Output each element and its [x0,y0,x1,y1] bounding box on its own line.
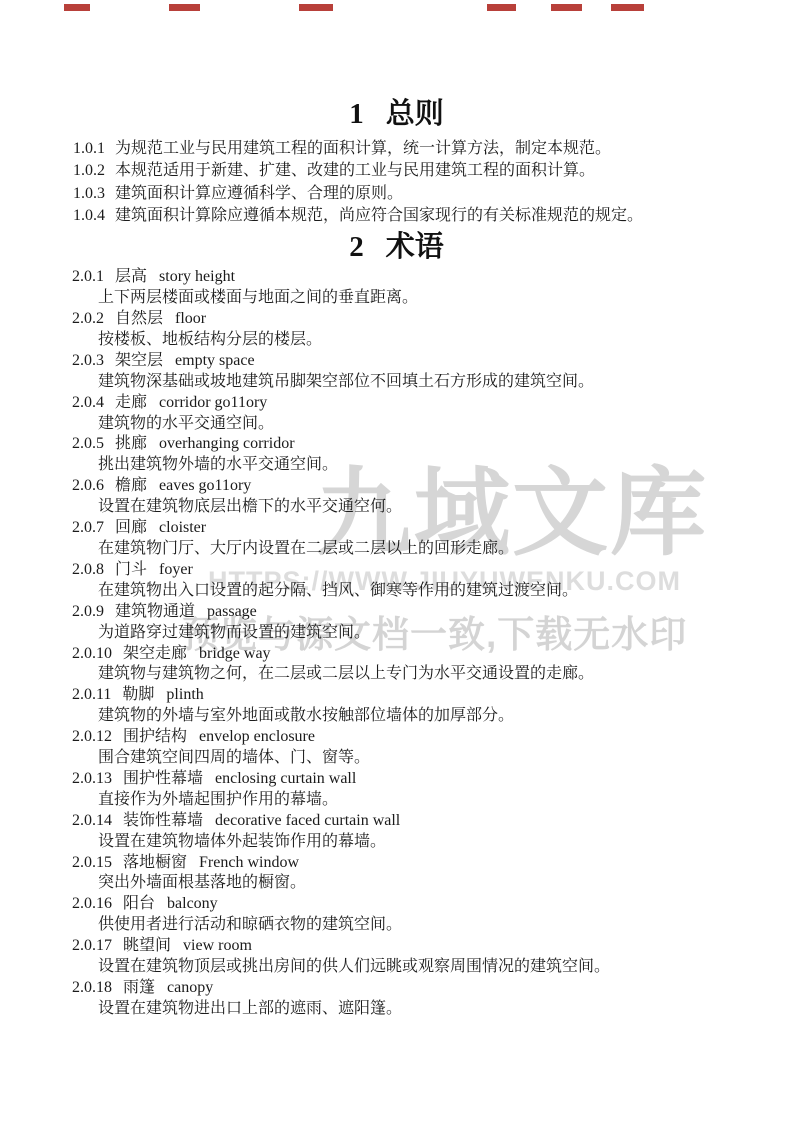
term-name-en: empty space [175,352,255,369]
term-definition: 按楼板、地板结构分层的楼层。 [72,330,793,351]
term-number: 2.0.7 [72,519,104,536]
rule-text: 为规范工业与民用建筑工程的面积计算，统一计算方法，制定本规范。 [115,140,611,157]
red-mark [551,4,582,11]
term-name-zh: 回廊 [115,519,147,536]
term-definition: 直接作为外墙起围护作用的幕墙。 [72,790,793,811]
term-item: 2.0.1层高story height上下两层楼面或楼面与地面之间的垂直距离。 [72,267,793,309]
terms-list: 2.0.1层高story height上下两层楼面或楼面与地面之间的垂直距离。2… [72,267,793,1020]
term-definition: 在建筑物出入口设置的起分隔、挡风、御寒等作用的建筑过渡空间。 [72,581,793,602]
term-item: 2.0.9建筑物通道passage为道路穿过建筑物而设置的建筑空间。 [72,602,793,644]
term-name-zh: 落地橱窗 [123,854,187,871]
rule-item: 1.0.4建筑面积计算除应遵循本规范，尚应符合国家现行的有关标准规范的规定。 [73,205,793,227]
term-name-zh: 走廊 [115,394,147,411]
term-definition: 上下两层楼面或楼面与地面之间的垂直距离。 [72,288,793,309]
term-name-zh: 层高 [115,268,147,285]
term-name-zh: 围护性幕墙 [123,770,203,787]
term-item: 2.0.13围护性幕墙enclosing curtain wall直接作为外墙起… [72,769,793,811]
term-number: 2.0.3 [72,352,104,369]
red-mark [487,4,516,11]
term-item: 2.0.5挑廊overhanging corridor挑出建筑物外墙的水平交通空… [72,434,793,476]
term-name-en: envelop enclosure [199,728,315,745]
document-page: 九域文库 HTTPS://WWW.JIUYUWENKU.COM 预览与源文档一致… [0,0,793,1122]
rule-text: 建筑面积计算除应遵循本规范，尚应符合国家现行的有关标准规范的规定。 [115,207,643,224]
term-name-zh: 阳台 [123,895,155,912]
term-number: 2.0.10 [72,645,112,662]
red-mark [611,4,644,11]
term-name-zh: 自然层 [115,310,163,327]
term-item: 2.0.16阳台balcony供使用者进行活动和晾硒衣物的建筑空间。 [72,894,793,936]
section-1-title: 总则 [386,98,444,130]
term-name-en: corridor go11ory [159,394,267,411]
term-definition: 建筑物的水平交通空间。 [72,414,793,435]
term-head: 2.0.4走廊corridor go11ory [72,393,793,414]
term-item: 2.0.7回廊cloister在建筑物门厅、大厅内设置在二层或二层以上的回形走廊… [72,518,793,560]
term-name-en: overhanging corridor [159,435,295,452]
term-item: 2.0.14装饰性幕墙decorative faced curtain wall… [72,811,793,853]
term-name-en: story height [159,268,235,285]
term-name-en: floor [175,310,206,327]
section-2-title: 术语 [386,231,444,263]
term-head: 2.0.17眺望间view room [72,936,793,957]
term-name-en: cloister [159,519,206,536]
term-number: 2.0.17 [72,937,112,954]
term-name-zh: 架空层 [115,352,163,369]
term-number: 2.0.13 [72,770,112,787]
term-name-zh: 装饰性幕墙 [123,812,203,829]
rule-text: 本规范适用于新建、扩建、改建的工业与民用建筑工程的面积计算。 [115,162,595,179]
term-definition: 建筑物与建筑物之何，在二层或二层以上专门为水平交通设置的走廊。 [72,664,793,685]
term-number: 2.0.4 [72,394,104,411]
term-head: 2.0.2自然层floor [72,309,793,330]
term-definition: 设置在建筑物顶层或挑出房间的供人们远眺或观察周围情况的建筑空间。 [72,957,793,978]
term-name-en: plinth [166,686,203,703]
rule-item: 1.0.1为规范工业与民用建筑工程的面积计算，统一计算方法，制定本规范。 [73,138,793,160]
term-item: 2.0.10架空走廊bridge way建筑物与建筑物之何，在二层或二层以上专门… [72,644,793,686]
term-number: 2.0.8 [72,561,104,578]
term-definition: 设置在建筑物墙体外起装饰作用的幕墙。 [72,832,793,853]
term-definition: 建筑物的外墙与室外地面或散水按触部位墙体的加厚部分。 [72,706,793,727]
term-definition: 突出外墙面根基落地的橱窗。 [72,873,793,894]
term-number: 2.0.14 [72,812,112,829]
term-definition: 围合建筑空间四周的墙体、门、窗等。 [72,748,793,769]
term-definition: 供使用者进行活动和晾硒衣物的建筑空间。 [72,915,793,936]
term-head: 2.0.1层高story height [72,267,793,288]
term-name-zh: 围护结构 [123,728,187,745]
term-head: 2.0.12围护结构envelop enclosure [72,727,793,748]
term-name-en: canopy [167,979,213,996]
term-item: 2.0.8门斗foyer在建筑物出入口设置的起分隔、挡风、御寒等作用的建筑过渡空… [72,560,793,602]
section-2-heading: 2术语 [0,229,793,265]
term-number: 2.0.6 [72,477,104,494]
term-head: 2.0.18雨篷canopy [72,978,793,999]
term-head: 2.0.10架空走廊bridge way [72,644,793,665]
term-name-en: view room [183,937,252,954]
term-head: 2.0.7回廊cloister [72,518,793,539]
term-definition: 设置在建筑物进出口上部的遮雨、遮阳篷。 [72,999,793,1020]
term-head: 2.0.13围护性幕墙enclosing curtain wall [72,769,793,790]
rule-item: 1.0.2本规范适用于新建、扩建、改建的工业与民用建筑工程的面积计算。 [73,160,793,182]
term-definition: 挑出建筑物外墙的水平交通空间。 [72,455,793,476]
term-item: 2.0.3架空层empty space建筑物深基础或坡地建筑吊脚架空部位不回填土… [72,351,793,393]
term-item: 2.0.11勒脚plinth建筑物的外墙与室外地面或散水按触部位墙体的加厚部分。 [72,685,793,727]
term-name-en: eaves go11ory [159,477,251,494]
rule-text: 建筑面积计算应遵循科学、合理的原则。 [115,185,403,202]
term-name-en: passage [207,603,257,620]
term-head: 2.0.15落地橱窗French window [72,853,793,874]
term-name-zh: 门斗 [115,561,147,578]
term-head: 2.0.14装饰性幕墙decorative faced curtain wall [72,811,793,832]
term-item: 2.0.4走廊corridor go11ory建筑物的水平交通空间。 [72,393,793,435]
general-rules-list: 1.0.1为规范工业与民用建筑工程的面积计算，统一计算方法，制定本规范。1.0.… [73,138,793,227]
term-number: 2.0.18 [72,979,112,996]
term-item: 2.0.18雨篷canopy设置在建筑物进出口上部的遮雨、遮阳篷。 [72,978,793,1020]
term-head: 2.0.5挑廊overhanging corridor [72,434,793,455]
term-name-en: decorative faced curtain wall [215,812,400,829]
term-name-en: French window [199,854,299,871]
term-number: 2.0.9 [72,603,104,620]
term-name-zh: 雨篷 [123,979,155,996]
term-definition: 建筑物深基础或坡地建筑吊脚架空部位不回填土石方形成的建筑空间。 [72,372,793,393]
term-number: 2.0.2 [72,310,104,327]
rule-number: 1.0.1 [73,140,105,157]
section-1-heading: 1总则 [0,96,793,132]
term-head: 2.0.6檐廊eaves go11ory [72,476,793,497]
term-definition: 在建筑物门厅、大厅内设置在二层或二层以上的回形走廊。 [72,539,793,560]
rule-item: 1.0.3建筑面积计算应遵循科学、合理的原则。 [73,183,793,205]
term-name-en: balcony [167,895,218,912]
rule-number: 1.0.2 [73,162,105,179]
term-definition: 设置在建筑物底层出檐下的水平交通空何。 [72,497,793,518]
section-1-number: 1 [349,98,364,130]
term-item: 2.0.6檐廊eaves go11ory设置在建筑物底层出檐下的水平交通空何。 [72,476,793,518]
red-mark [299,4,333,11]
term-name-en: foyer [159,561,193,578]
term-item: 2.0.15落地橱窗French window突出外墙面根基落地的橱窗。 [72,853,793,895]
red-mark [64,4,90,11]
term-head: 2.0.16阳台balcony [72,894,793,915]
term-number: 2.0.5 [72,435,104,452]
term-number: 2.0.15 [72,854,112,871]
term-number: 2.0.16 [72,895,112,912]
term-name-zh: 檐廊 [115,477,147,494]
term-name-zh: 挑廊 [115,435,147,452]
term-number: 2.0.12 [72,728,112,745]
term-item: 2.0.12围护结构envelop enclosure围合建筑空间四周的墙体、门… [72,727,793,769]
document-content: 1总则 1.0.1为规范工业与民用建筑工程的面积计算，统一计算方法，制定本规范。… [0,96,793,1020]
term-definition: 为道路穿过建筑物而设置的建筑空间。 [72,623,793,644]
term-head: 2.0.9建筑物通道passage [72,602,793,623]
rule-number: 1.0.4 [73,207,105,224]
term-name-zh: 建筑物通道 [115,603,195,620]
term-number: 2.0.11 [72,686,111,703]
term-name-en: bridge way [199,645,271,662]
term-head: 2.0.11勒脚plinth [72,685,793,706]
term-head: 2.0.8门斗foyer [72,560,793,581]
term-number: 2.0.1 [72,268,104,285]
term-name-zh: 眺望间 [123,937,171,954]
term-name-en: enclosing curtain wall [215,770,356,787]
term-name-zh: 架空走廊 [123,645,187,662]
rule-number: 1.0.3 [73,185,105,202]
term-item: 2.0.2自然层floor按楼板、地板结构分层的楼层。 [72,309,793,351]
term-name-zh: 勒脚 [122,686,154,703]
red-mark [169,4,200,11]
term-head: 2.0.3架空层empty space [72,351,793,372]
section-2-number: 2 [349,231,364,263]
term-item: 2.0.17眺望间view room设置在建筑物顶层或挑出房间的供人们远眺或观察… [72,936,793,978]
